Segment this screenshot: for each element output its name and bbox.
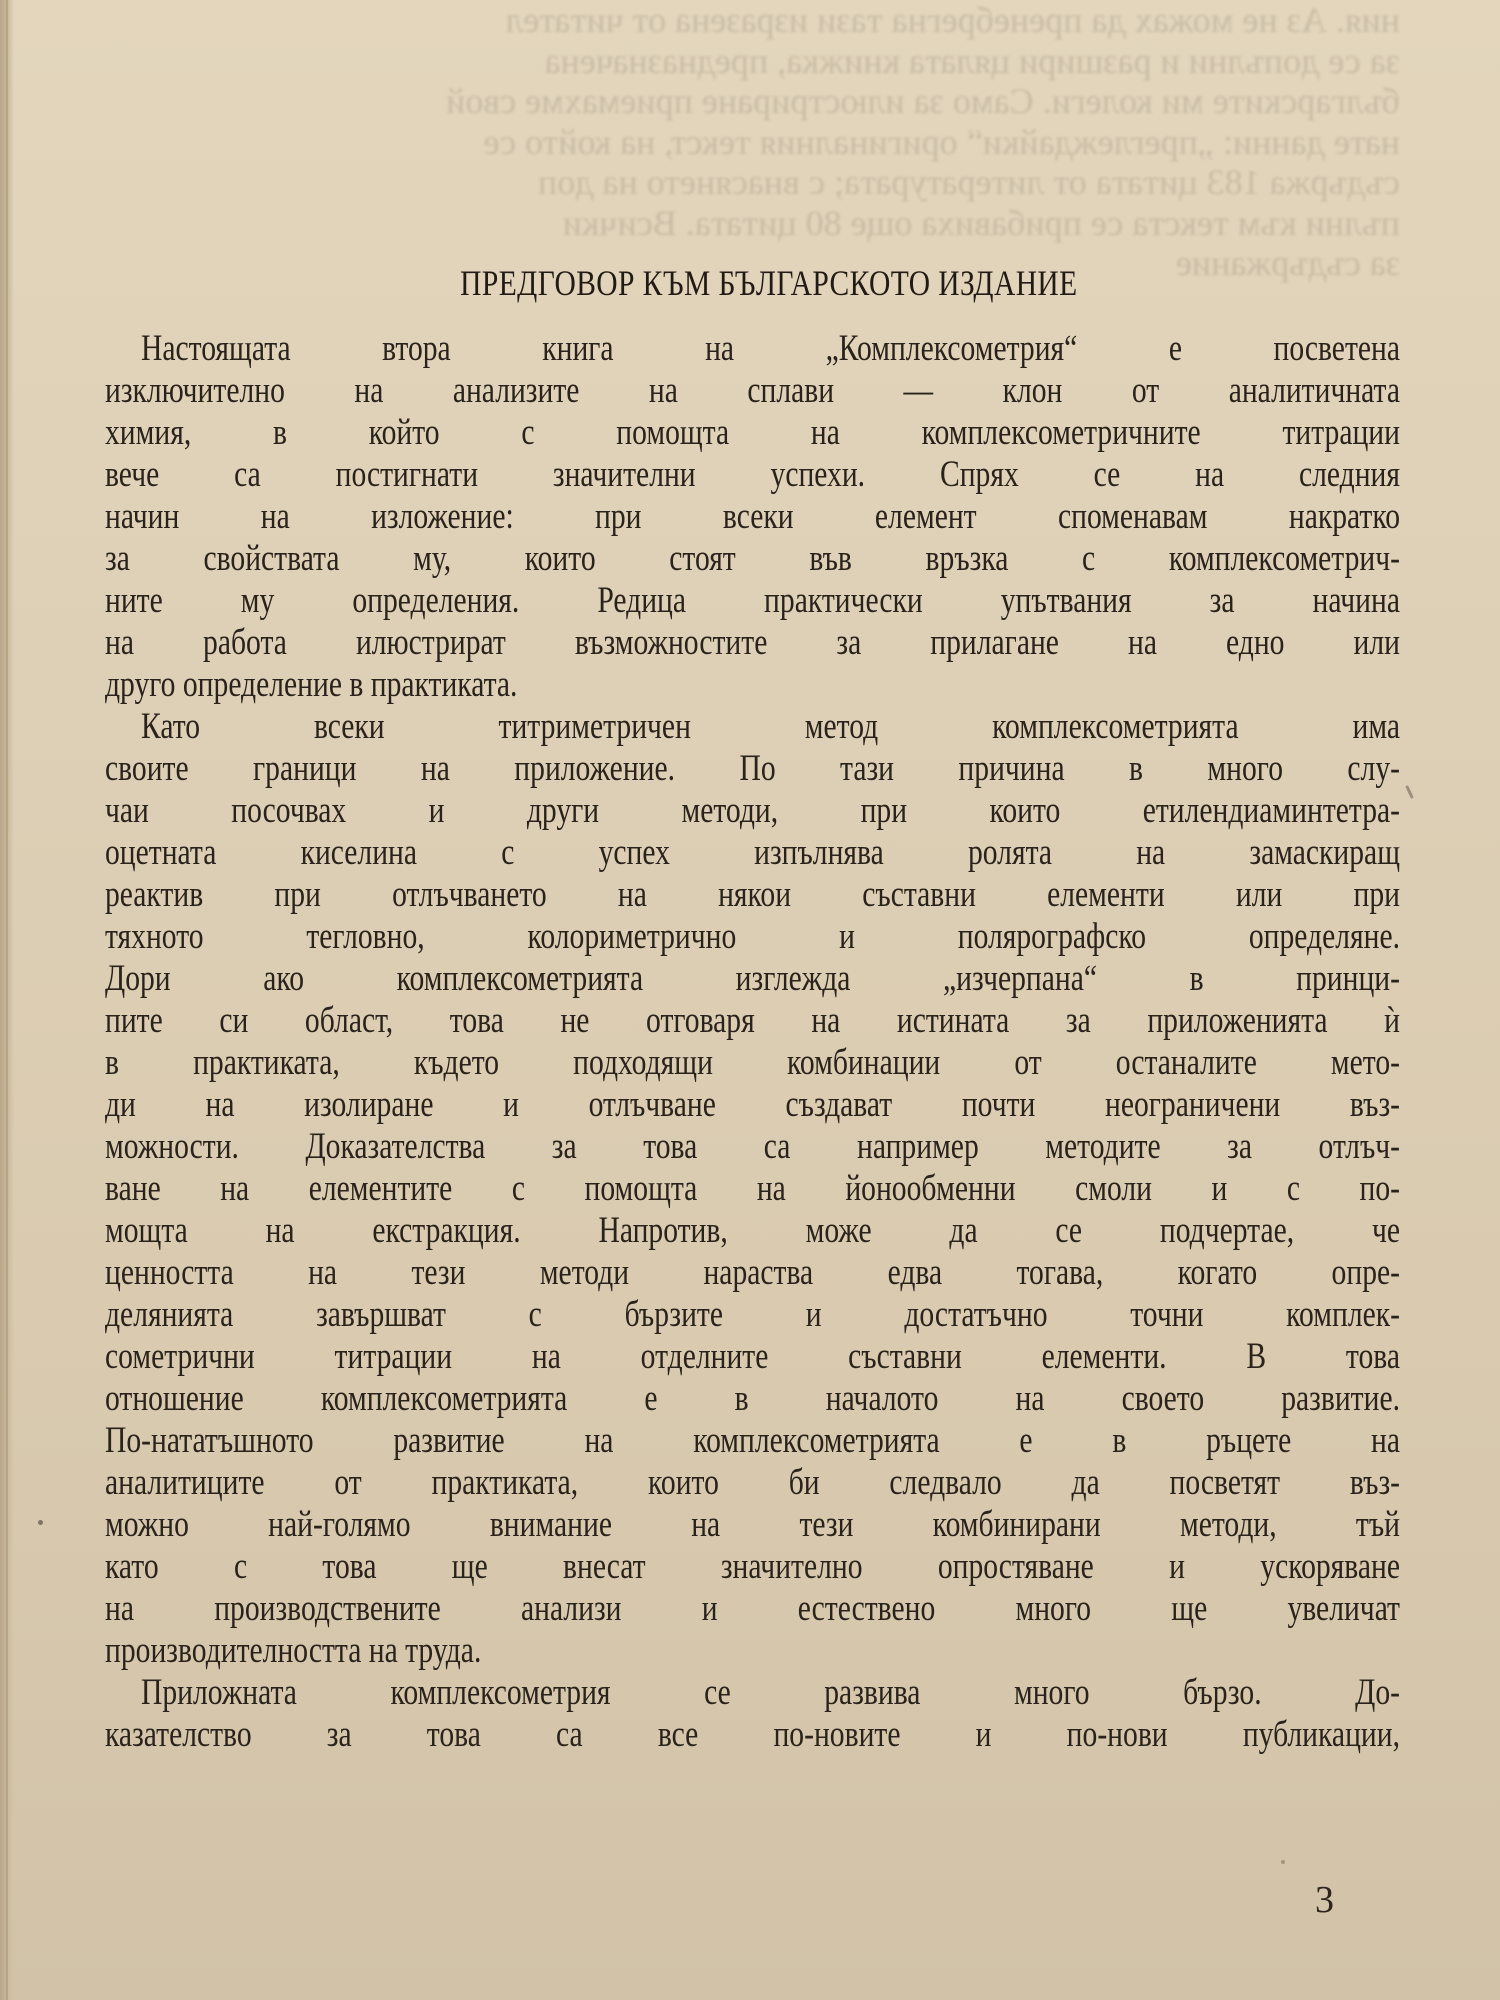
text-line: По-нататъшното развитие на комплексометр… [105, 1420, 1400, 1462]
body-text: Настоящата втора книга на „Комплексометр… [105, 328, 1400, 1756]
text-line: делянията завършват с бързите и достатъч… [105, 1294, 1400, 1336]
text-line: Приложната комплексометрия се развива мн… [105, 1672, 1400, 1714]
page-spine-line [6, 0, 8, 2000]
bleed-line: пълни към текста се прибавиха още 80 цит… [0, 203, 1500, 244]
text-line: в практиката, където подходящи комбинаци… [105, 1042, 1400, 1084]
text-line: ценността на тези методи нараства едва т… [105, 1252, 1400, 1294]
text-line: ди на изолиране и отлъчване създават поч… [105, 1084, 1400, 1126]
paper-speck [1405, 785, 1414, 799]
bleed-line: съдържа 183 цитата от литературата; с вн… [0, 162, 1500, 203]
paper-speck [1281, 1860, 1285, 1864]
bleed-line: българските ми колеги. Само за илюстрира… [0, 81, 1500, 122]
text-line: отношение комплексометрията е в началото… [105, 1378, 1400, 1420]
text-line: производителността на труда. [105, 1630, 1400, 1672]
text-line: вече са постигнати значителни успехи. Сп… [105, 454, 1400, 496]
text-line: реактив при отлъчването на някои съставн… [105, 874, 1400, 916]
text-line: начин на изложение: при всеки елемент сп… [105, 496, 1400, 538]
text-line: ване на елементите с помощта на йонообме… [105, 1168, 1400, 1210]
paper-speck [38, 1520, 43, 1525]
text-line: казателство за това са все по-новите и п… [105, 1714, 1400, 1756]
text-line: Дори ако комплексометрията изглежда „изч… [105, 958, 1400, 1000]
paragraph: Приложната комплексометрия се развива мн… [105, 1672, 1400, 1756]
text-line: аналитиците от практиката, които би след… [105, 1462, 1400, 1504]
text-line: можности. Доказателства за това са напри… [105, 1126, 1400, 1168]
text-line: за свойствата му, които стоят във връзка… [105, 538, 1400, 580]
text-line: изключително на анализите на сплави — кл… [105, 370, 1400, 412]
text-line: оцетната киселина с успех изпълнява роля… [105, 832, 1400, 874]
bleed-line: ния. Аз не можах да пренебрегна тази изр… [0, 0, 1500, 41]
text-line: чаи посочвах и други методи, при които е… [105, 790, 1400, 832]
text-line: химия, в който с помощта на комплексомет… [105, 412, 1400, 454]
bleed-line: нате данни: „преглеждайки“ оригиналния т… [0, 122, 1500, 163]
text-line: като с това ще внесат значително опростя… [105, 1546, 1400, 1588]
text-line: друго определение в практиката. [105, 664, 1400, 706]
text-line: Настоящата втора книга на „Комплексометр… [105, 328, 1400, 370]
chapter-title: ПРЕДГОВОР КЪМ БЪЛГАРСКОТО ИЗДАНИЕ [222, 262, 1284, 304]
text-line: на работа илюстрират възможностите за пр… [105, 622, 1400, 664]
text-line: своите граници на приложение. По тази пр… [105, 748, 1400, 790]
bleed-line: за се допълни и разшири цялата книжка, п… [0, 41, 1500, 82]
text-line: пите си област, това не отговаря на исти… [105, 1000, 1400, 1042]
text-line: тяхното тегловно, колориметрично и поляр… [105, 916, 1400, 958]
text-line: ните му определения. Редица практически … [105, 580, 1400, 622]
text-line: сометрични титрации на отделните съставн… [105, 1336, 1400, 1378]
paragraph: Като всеки титриметричен метод комплексо… [105, 706, 1400, 1672]
text-line: Като всеки титриметричен метод комплексо… [105, 706, 1400, 748]
text-line: можно най-голямо внимание на тези комбин… [105, 1504, 1400, 1546]
text-line: мощта на екстракция. Напротив, може да с… [105, 1210, 1400, 1252]
book-page: ПРЕДГОВОР КЪМ БЪЛГАРСКОТО ИЗДАНИЕ Настоя… [105, 262, 1400, 1756]
paragraph: Настоящата втора книга на „Комплексометр… [105, 328, 1400, 706]
bleed-through-text: ния. Аз не можах да пренебрегна тази изр… [0, 0, 1500, 300]
page-number: 3 [1315, 1878, 1334, 1922]
text-line: на производствените анализи и естествено… [105, 1588, 1400, 1630]
